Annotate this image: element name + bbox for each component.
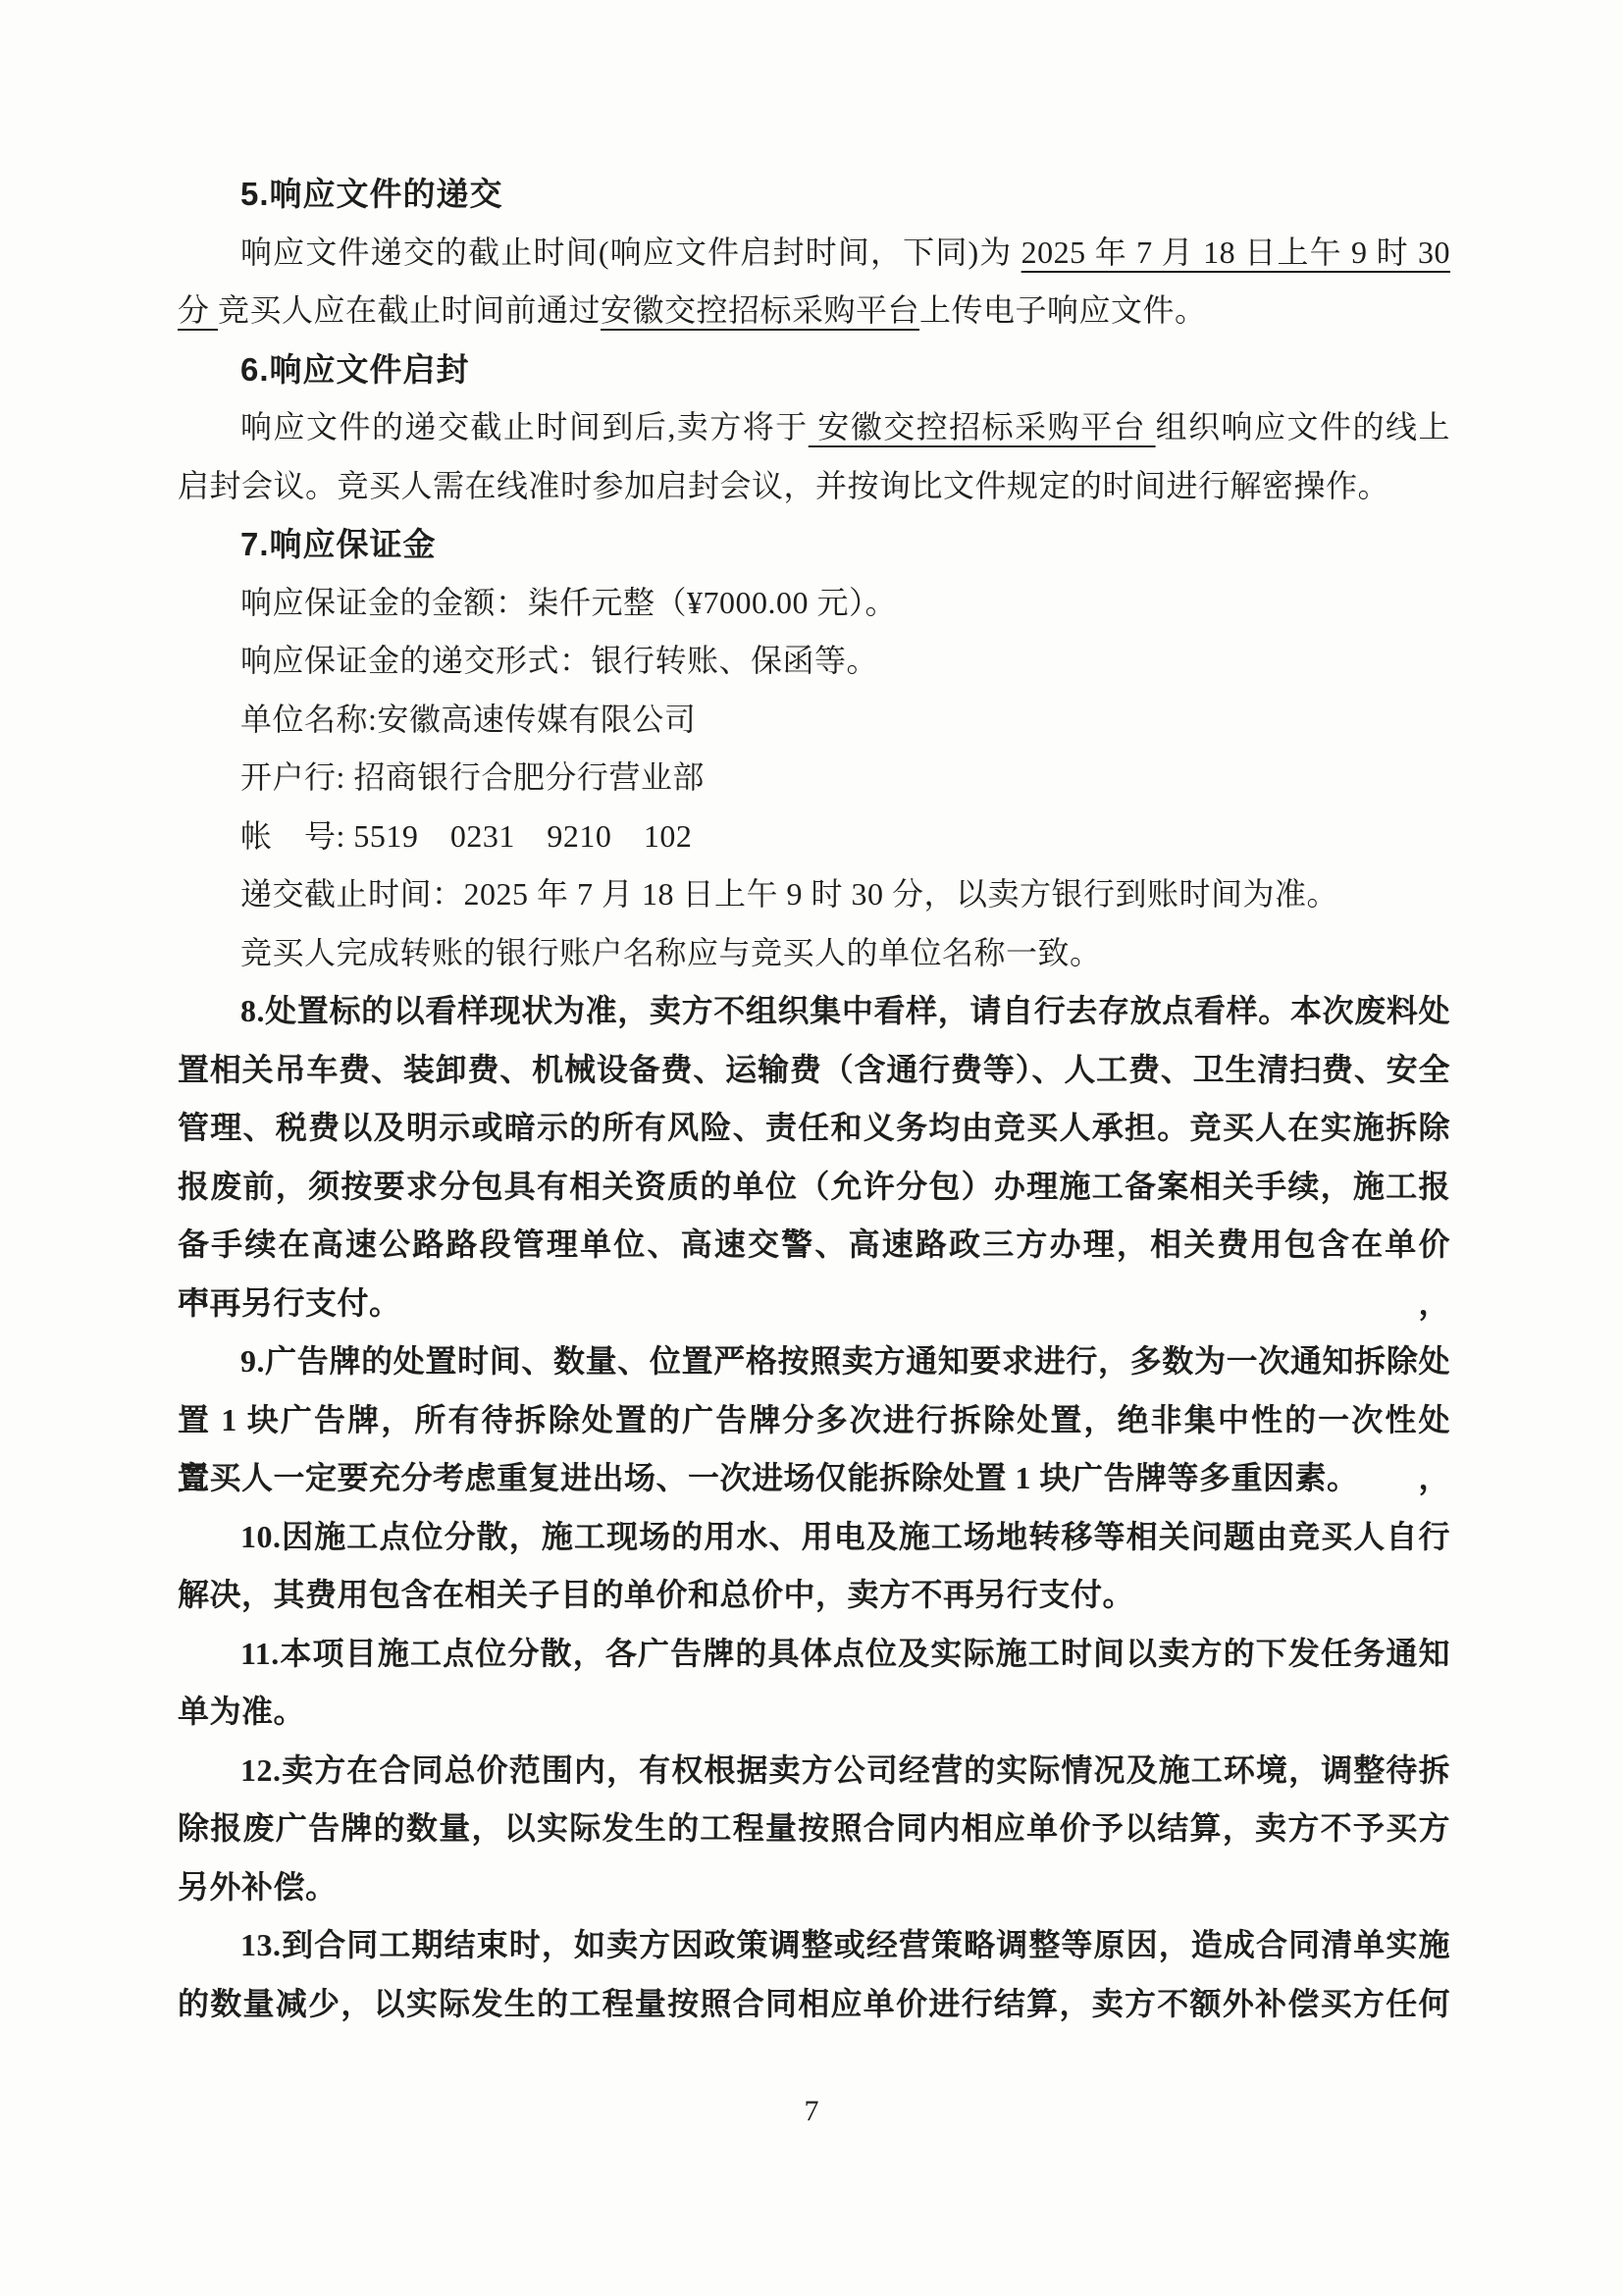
text-run: 单位名称:安徽高速传媒有限公司 xyxy=(240,702,696,737)
clause-9-line-1: 9.广告牌的处置时间、数量、位置严格按照卖方通知要求进行，多数为一次通知拆除处 xyxy=(178,1332,1450,1391)
s7-amount: 响应保证金的金额：柒仟元整（¥7000.00 元）。 xyxy=(178,574,1450,633)
text-run: 竞买人一定要充分考虑重复进出场、一次进场仅能拆除处置 1 块广告牌等多重因素。 xyxy=(178,1460,1359,1495)
text-run: 10.因施工点位分散，施工现场的用水、用电及施工场地转移等相关问题由竞买人自行 xyxy=(240,1519,1450,1554)
underlined-text: 分 xyxy=(178,292,218,328)
text-run: 管理、税费以及明示或暗示的所有风险、责任和义务均由竞买人承担。竞买人在实施拆除 xyxy=(178,1110,1450,1145)
clause-8-line-5: 备手续在高速公路路段管理单位、高速交警、高速路政三方办理，相关费用包含在单价中， xyxy=(178,1216,1450,1275)
text-run: 12.卖方在合同总价范围内，有权根据卖方公司经营的实际情况及施工环境，调整待拆 xyxy=(240,1752,1450,1788)
text-run: 11.本项目施工点位分散，各广告牌的具体点位及实际施工时间以卖方的下发任务通知 xyxy=(240,1636,1450,1671)
text-run: 解决，其费用包含在相关子目的单价和总价中，卖方不再另行支付。 xyxy=(178,1577,1134,1612)
text-run: 组织响应文件的线上 xyxy=(1156,409,1450,444)
s7-form: 响应保证金的递交形式：银行转账、保函等。 xyxy=(178,632,1450,691)
clause-8-line-3: 管理、税费以及明示或暗示的所有风险、责任和义务均由竞买人承担。竞买人在实施拆除 xyxy=(178,1099,1450,1158)
text-run: 另外补偿。 xyxy=(178,1869,338,1905)
text-run: 8.处置标的以看样现状为准，卖方不组织集中看样，请自行去存放点看样。本次废料处 xyxy=(240,993,1450,1028)
s7-account-number: 帐 号: 5519 0231 9210 102 xyxy=(178,808,1450,866)
document-page: 5.响应文件的递交响应文件递交的截止时间(响应文件启封时间，下同)为 2025 … xyxy=(0,0,1623,2296)
text-run: 13.到合同工期结束时，如卖方因政策调整或经营策略调整等原因，造成合同清单实施 xyxy=(240,1927,1450,1962)
text-run: 单为准。 xyxy=(178,1694,305,1729)
s7-company-name: 单位名称:安徽高速传媒有限公司 xyxy=(178,691,1450,750)
clause-8-line-2: 置相关吊车费、装卸费、机械设备费、运输费（含通行费等）、人工费、卫生清扫费、安全 xyxy=(178,1041,1450,1100)
clause-12-line-3: 另外补偿。 xyxy=(178,1858,1450,1917)
text-run: 响应文件的递交截止时间到后,卖方将于 xyxy=(240,409,809,444)
clause-13-line-2: 的数量减少，以实际发生的工程量按照合同相应单价进行结算，卖方不额外补偿买方任何 xyxy=(178,1975,1450,2034)
clause-12-line-2: 除报废广告牌的数量，以实际发生的工程量按照合同内相应单价予以结算，卖方不予买方 xyxy=(178,1800,1450,1858)
s6-line-2: 启封会议。竞买人需在线准时参加启封会议，并按询比文件规定的时间进行解密操作。 xyxy=(178,457,1450,516)
section-7-heading: 7.响应保证金 xyxy=(178,515,1450,574)
clause-8-line-1: 8.处置标的以看样现状为准，卖方不组织集中看样，请自行去存放点看样。本次废料处 xyxy=(178,982,1450,1041)
text-run: 帐 号: 5519 0231 9210 102 xyxy=(240,818,692,854)
text-run: 响应保证金的递交形式：银行转账、保函等。 xyxy=(240,643,878,678)
text-run: 5.响应文件的递交 xyxy=(240,176,503,212)
clause-13-line-1: 13.到合同工期结束时，如卖方因政策调整或经营策略调整等原因，造成合同清单实施 xyxy=(178,1916,1450,1975)
text-run: 启封会议。竞买人需在线准时参加启封会议，并按询比文件规定的时间进行解密操作。 xyxy=(178,468,1389,503)
s7-bank: 开户行: 招商银行合肥分行营业部 xyxy=(178,749,1450,808)
clause-8-line-4: 报废前，须按要求分包具有相关资质的单位（允许分包）办理施工备案相关手续，施工报 xyxy=(178,1158,1450,1217)
clause-10-line-2: 解决，其费用包含在相关子目的单价和总价中，卖方不再另行支付。 xyxy=(178,1566,1450,1625)
text-run: 7.响应保证金 xyxy=(240,526,437,562)
text-run: 竞买人应在截止时间前通过 xyxy=(218,292,601,328)
text-run: 递交截止时间：2025 年 7 月 18 日上午 9 时 30 分，以卖方银行到… xyxy=(240,876,1338,912)
text-run: 除报废广告牌的数量，以实际发生的工程量按照合同内相应单价予以结算，卖方不予买方 xyxy=(178,1810,1450,1846)
s6-line-1: 响应文件的递交截止时间到后,卖方将于 安徽交控招标采购平台 组织响应文件的线上 xyxy=(178,398,1450,457)
s5-line-2: 分 竞买人应在截止时间前通过安徽交控招标采购平台上传电子响应文件。 xyxy=(178,282,1450,340)
text-run: 响应保证金的金额：柒仟元整（¥7000.00 元）。 xyxy=(240,585,897,620)
clause-12-line-1: 12.卖方在合同总价范围内，有权根据卖方公司经营的实际情况及施工环境，调整待拆 xyxy=(178,1742,1450,1800)
clause-11-line-1: 11.本项目施工点位分散，各广告牌的具体点位及实际施工时间以卖方的下发任务通知 xyxy=(178,1625,1450,1684)
text-run: 上传电子响应文件。 xyxy=(919,292,1207,328)
text-run: 开户行: 招商银行合肥分行营业部 xyxy=(240,759,705,795)
underlined-text: 安徽交控招标采购平台 xyxy=(809,409,1156,444)
section-6-heading: 6.响应文件启封 xyxy=(178,340,1450,399)
text-run: 竞买人完成转账的银行账户名称应与竞买人的单位名称一致。 xyxy=(240,935,1102,970)
clause-11-line-2: 单为准。 xyxy=(178,1683,1450,1742)
s5-line-1: 响应文件递交的截止时间(响应文件启封时间，下同)为 2025 年 7 月 18 … xyxy=(178,224,1450,283)
text-run: 置相关吊车费、装卸费、机械设备费、运输费（含通行费等）、人工费、卫生清扫费、安全 xyxy=(178,1052,1450,1087)
page-number: 7 xyxy=(0,2092,1623,2131)
clause-9-line-3: 竞买人一定要充分考虑重复进出场、一次进场仅能拆除处置 1 块广告牌等多重因素。 xyxy=(178,1449,1450,1508)
s7-account-match: 竞买人完成转账的银行账户名称应与竞买人的单位名称一致。 xyxy=(178,924,1450,983)
clause-9-line-2: 置 1 块广告牌，所有待拆除处置的广告牌分多次进行拆除处置，绝非集中性的一次性处… xyxy=(178,1391,1450,1450)
s7-deadline: 递交截止时间：2025 年 7 月 18 日上午 9 时 30 分，以卖方银行到… xyxy=(178,865,1450,924)
text-run: 的数量减少，以实际发生的工程量按照合同相应单价进行结算，卖方不额外补偿买方任何 xyxy=(178,1986,1450,2021)
clause-10-line-1: 10.因施工点位分散，施工现场的用水、用电及施工场地转移等相关问题由竞买人自行 xyxy=(178,1508,1450,1567)
text-run: 报废前，须按要求分包具有相关资质的单位（允许分包）办理施工备案相关手续，施工报 xyxy=(178,1169,1450,1204)
text-run: 不再另行支付。 xyxy=(178,1285,401,1321)
underlined-text: 安徽交控招标采购平台 xyxy=(601,292,919,328)
text-run: 6.响应文件启封 xyxy=(240,351,470,388)
underlined-text: 2025 年 7 月 18 日上午 9 时 30 xyxy=(1021,235,1450,270)
text-run: 响应文件递交的截止时间(响应文件启封时间，下同)为 xyxy=(240,235,1021,270)
document-body: 5.响应文件的递交响应文件递交的截止时间(响应文件启封时间，下同)为 2025 … xyxy=(178,165,1450,2033)
section-5-heading: 5.响应文件的递交 xyxy=(178,165,1450,224)
text-run: 9.广告牌的处置时间、数量、位置严格按照卖方通知要求进行，多数为一次通知拆除处 xyxy=(240,1343,1450,1379)
